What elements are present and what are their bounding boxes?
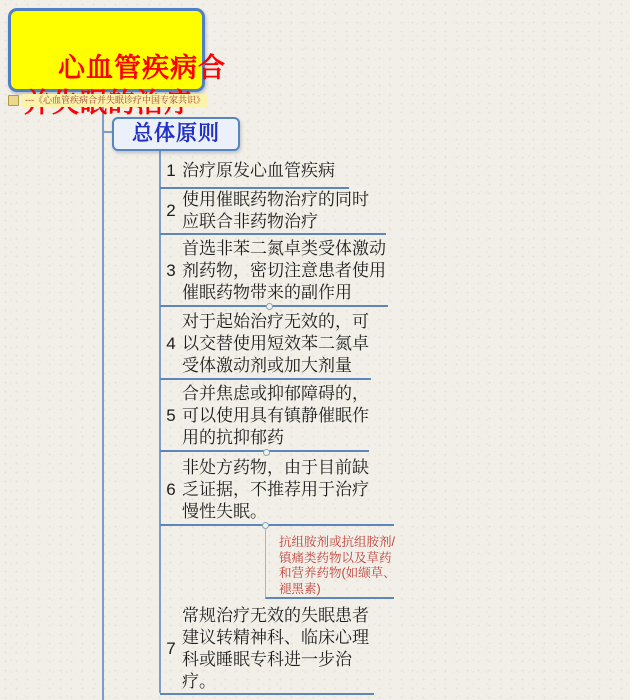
- topic-label: 总体原则: [132, 122, 220, 145]
- topic-general-principles[interactable]: 总体原则: [112, 117, 240, 151]
- principle-item-6[interactable]: 6 非处方药物，由于目前缺 乏证据，不推荐用于治疗 慢性失眠。: [160, 457, 394, 526]
- principle-number: 4: [160, 334, 182, 354]
- principle-text: 使用催眠药物治疗的同时 应联合非药物治疗: [182, 189, 369, 233]
- principle-item-4[interactable]: 4 对于起始治疗无效的，可 以交替使用短效苯二氮卓 受体激动剂或加大剂量: [160, 311, 371, 380]
- principle-text: 首选非苯二氮卓类受体激动 剂药物，密切注意患者使用 催眠药物带来的副作用: [182, 238, 386, 304]
- principle-item-5[interactable]: 5 合并焦虑或抑郁障碍的， 可以使用具有镇静催眠作 用的抗抑郁药: [160, 383, 369, 452]
- principle-item-3[interactable]: 3 首选非苯二氮卓类受体激动 剂药物，密切注意患者使用 催眠药物带来的副作用: [160, 238, 388, 307]
- otc-drugs-note[interactable]: 抗组胺剂或抗组胺剂/ 镇痛类药物以及草药 和营养药物(如缬草、 褪黑素): [265, 524, 394, 599]
- central-topic[interactable]: 心血管疾病合 并失眠的治疗: [8, 8, 205, 92]
- mindmap-canvas: 心血管疾病合 并失眠的治疗 ---《心血管疾病合并失眠诊疗中国专家共识》 总体原…: [0, 0, 630, 700]
- principle-item-1[interactable]: 1 治疗原发心血管疾病: [160, 160, 349, 189]
- reference-text: ---《心血管疾病合并失眠诊疗中国专家共识》: [22, 94, 208, 107]
- collapse-handle[interactable]: [266, 303, 273, 310]
- reference-note[interactable]: ---《心血管疾病合并失眠诊疗中国专家共识》: [8, 94, 208, 107]
- principle-text: 非处方药物，由于目前缺 乏证据，不推荐用于治疗 慢性失眠。: [182, 457, 369, 523]
- spine-line: [102, 91, 104, 700]
- principle-text: 常规治疗无效的失眠患者 建议转精神科、临床心理 科或睡眠专科进一步治 疗。: [182, 605, 369, 693]
- principle-number: 5: [160, 406, 182, 426]
- principle-item-7[interactable]: 7 常规治疗无效的失眠患者 建议转精神科、临床心理 科或睡眠专科进一步治 疗。: [160, 605, 374, 695]
- central-topic-label: 心血管疾病合 并失眠的治疗: [24, 53, 226, 118]
- collapse-handle[interactable]: [263, 449, 270, 456]
- principle-number: 3: [160, 261, 182, 281]
- principle-number: 2: [160, 201, 182, 221]
- principle-number: 1: [160, 161, 182, 181]
- principle-text: 合并焦虑或抑郁障碍的， 可以使用具有镇静催眠作 用的抗抑郁药: [182, 383, 369, 449]
- note-icon: [8, 95, 19, 106]
- otc-drugs-text: 抗组胺剂或抗组胺剂/ 镇痛类药物以及草药 和营养药物(如缬草、 褪黑素): [266, 524, 394, 597]
- principle-number: 7: [160, 639, 182, 659]
- principle-text: 治疗原发心血管疾病: [182, 160, 335, 182]
- principle-item-2[interactable]: 2 使用催眠药物治疗的同时 应联合非药物治疗: [160, 189, 386, 235]
- principle-text: 对于起始治疗无效的，可 以交替使用短效苯二氮卓 受体激动剂或加大剂量: [182, 311, 369, 377]
- collapse-handle[interactable]: [262, 522, 269, 529]
- principle-number: 6: [160, 480, 182, 500]
